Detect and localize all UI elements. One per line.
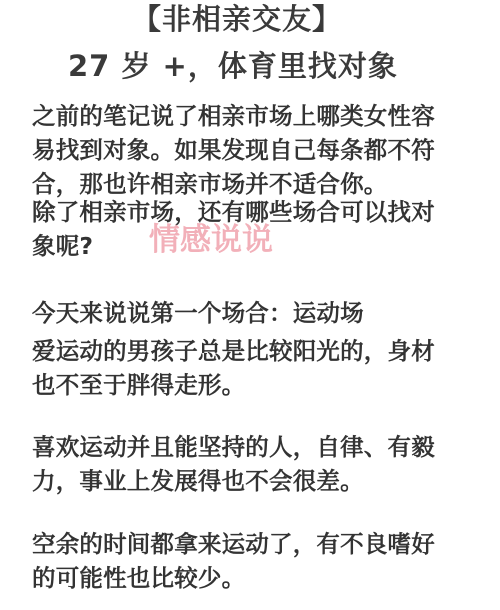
text-line: 空余的时间都拿来运动了，有不良嗜好 bbox=[32, 527, 462, 561]
paragraph-intro: 之前的笔记说了相亲市场上哪类女性容 易找到对象。如果发现自己每条都不符 合，那也… bbox=[32, 99, 462, 201]
text-line: 的可能性也比较少。 bbox=[32, 561, 462, 595]
post-subtitle: 27 岁 +，体育里找对象 bbox=[68, 48, 500, 84]
text-line: 力，事业上发展得也不会很差。 bbox=[32, 464, 462, 498]
text-line: 也不至于胖得走形。 bbox=[32, 368, 462, 402]
text-line: 之前的笔记说了相亲市场上哪类女性容 bbox=[32, 99, 462, 133]
post-title: 【非相亲交友】 bbox=[132, 2, 500, 36]
text-line: 易找到对象。如果发现自己每条都不符 bbox=[32, 133, 462, 167]
text-line: 喜欢运动并且能坚持的人，自律、有毅 bbox=[32, 430, 462, 464]
paragraph-topic: 今天来说说第一个场合：运动场 bbox=[32, 296, 462, 330]
text-line: 今天来说说第一个场合：运动场 bbox=[32, 296, 462, 330]
paragraph-discipline: 喜欢运动并且能坚持的人，自律、有毅 力，事业上发展得也不会很差。 bbox=[32, 430, 462, 498]
paragraph-sunny: 爱运动的男孩子总是比较阳光的，身材 也不至于胖得走形。 bbox=[32, 334, 462, 402]
text-line: 爱运动的男孩子总是比较阳光的，身材 bbox=[32, 334, 462, 368]
watermark: 情感说说 bbox=[149, 222, 273, 258]
paragraph-habits: 空余的时间都拿来运动了，有不良嗜好 的可能性也比较少。 bbox=[32, 527, 462, 595]
